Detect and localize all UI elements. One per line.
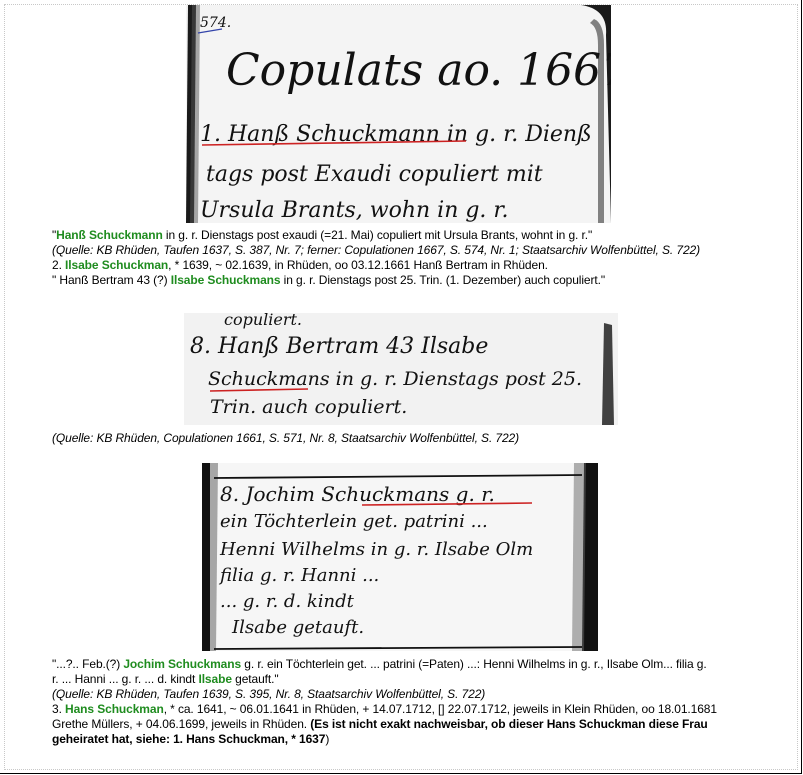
note-bold: (Es ist nicht exakt nachweisbar, ob dies… (310, 717, 707, 731)
svg-text:8. Jochim Schuckmans g. r.: 8. Jochim Schuckmans g. r. (220, 482, 495, 506)
person-name: Hanß Schuckmann (56, 228, 163, 242)
svg-text:filia g. r. Hanni ...: filia g. r. Hanni ... (218, 565, 379, 586)
genealogy-entry-ilsabe: 2. Ilsabe Schuckman, * 1639, ~ 02.1639, … (52, 258, 700, 273)
quote-line-baptism: "...?.. Feb.(?) Jochim Schuckmans g. r. … (52, 657, 717, 672)
genealogy-entry-hans-note: geheiratet hat, siehe: 1. Hans Schuckman… (52, 732, 717, 747)
entry-jochim-and-hans: "...?.. Feb.(?) Jochim Schuckmans g. r. … (52, 657, 717, 747)
entry-copulationen-source: (Quelle: KB Rhüden, Copulationen 1661, S… (52, 431, 519, 446)
scan-image-copulationen-1667: 574. Copulats ao. 1667 1. Hanß Schuckman… (186, 5, 611, 223)
person-name: Ilsabe Schuckman (65, 258, 168, 272)
svg-text:ein Töchterlein get. patrini .: ein Töchterlein get. patrini ... (220, 511, 488, 532)
svg-text:Ilsabe getauft.: Ilsabe getauft. (231, 617, 364, 638)
svg-text:Henni Wilhelms in g. r. Ilsabe: Henni Wilhelms in g. r. Ilsabe Olm (219, 539, 533, 560)
person-name: Jochim Schuckmans (123, 657, 241, 671)
person-name: Ilsabe (198, 672, 231, 686)
svg-text:Trin. auch copuliert.: Trin. auch copuliert. (210, 396, 407, 418)
quote-line-baptism-cont: r. ... Hanni ... g. r. ... d. kindt Ilsa… (52, 672, 717, 687)
source-citation: (Quelle: KB Rhüden, Copulationen 1661, S… (52, 431, 519, 446)
svg-text:574.: 574. (200, 15, 231, 31)
svg-text:Ursula Brants, wohn in g. r.: Ursula Brants, wohn in g. r. (200, 198, 509, 223)
note-bold: geheiratet hat, siehe: 1. Hans Schuckman… (52, 732, 325, 746)
person-name: Ilsabe Schuckmans (171, 273, 281, 287)
genealogy-entry-hans: 3. Hans Schuckman, * ca. 1641, ~ 06.01.1… (52, 702, 717, 717)
source-citation: (Quelle: KB Rhüden, Taufen 1639, S. 395,… (52, 687, 717, 702)
svg-text:copuliert.: copuliert. (224, 313, 302, 329)
svg-text:... g. r. d. kindt: ... g. r. d. kindt (220, 591, 355, 612)
svg-text:tags post Exaudi copuliert mit: tags post Exaudi copuliert mit (206, 162, 543, 187)
person-name: Hans Schuckman (65, 702, 164, 716)
genealogy-entry-hans-cont: Grethe Müllers, + 04.06.1699, jeweils in… (52, 717, 717, 732)
svg-text:1. Hanß Schuckmann in g. r. Di: 1. Hanß Schuckmann in g. r. Dienß (200, 122, 592, 147)
source-citation: (Quelle: KB Rhüden, Taufen 1637, S. 387,… (52, 243, 700, 258)
quote-line-hans-marriage: "Hanß Schuckmann in g. r. Dienstags post… (52, 228, 700, 243)
entry-hans-and-ilsabe: "Hanß Schuckmann in g. r. Dienstags post… (52, 228, 700, 288)
scan-image-copulationen-1661: copuliert. 8. Hanß Bertram 43 Ilsabe Sch… (184, 313, 618, 425)
quote-line-ilsabe-marriage: " Hanß Bertram 43 (?) Ilsabe Schuckmans … (52, 273, 700, 288)
scan-image-taufen-1639: 8. Jochim Schuckmans g. r. ein Töchterle… (202, 463, 598, 651)
svg-text:8. Hanß Bertram 43 Ilsabe: 8. Hanß Bertram 43 Ilsabe (190, 334, 488, 359)
svg-text:Schuckmans in g. r. Dienstags: Schuckmans in g. r. Dienstags post 25. (208, 368, 582, 390)
svg-text:Copulats ao. 1667: Copulats ao. 1667 (226, 45, 611, 96)
